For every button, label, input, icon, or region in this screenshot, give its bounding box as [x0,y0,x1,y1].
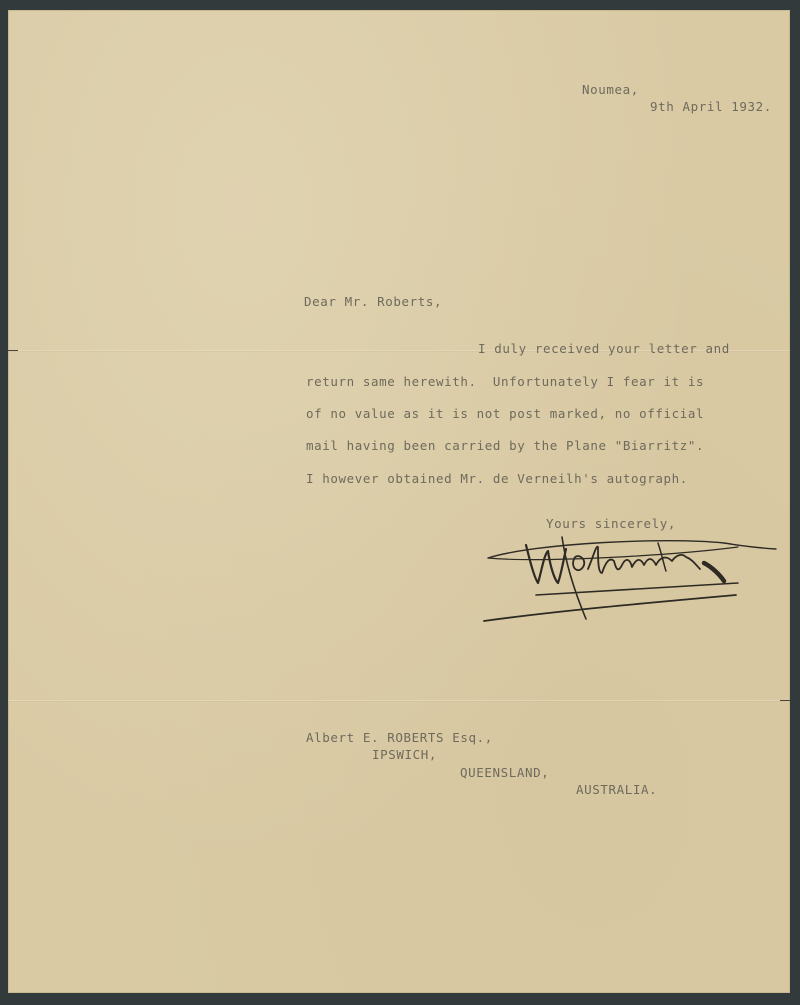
signature-icon [476,535,786,625]
letter-date: 9th April 1932. [650,101,772,114]
letter-closing: Yours sincerely, [546,518,676,531]
body-line-1: I duly received your letter and [478,343,730,356]
recipient-country: AUSTRALIA. [576,784,657,797]
body-line-3: of no value as it is not post marked, no… [306,408,704,421]
fold-line-lower [8,700,790,702]
scanned-document: Noumea, 9th April 1932. Dear Mr. Roberts… [0,0,800,1005]
recipient-name: Albert E. ROBERTS Esq., [306,732,493,745]
recipient-state: QUEENSLAND, [460,767,549,780]
body-line-4: mail having been carried by the Plane "B… [306,440,704,453]
letter-place: Noumea, [582,84,639,97]
fold-nick-right [780,700,790,701]
letter-paper: Noumea, 9th April 1932. Dear Mr. Roberts… [8,10,790,993]
fold-nick-left [8,350,18,351]
body-line-2: return same herewith. Unfortunately I fe… [306,376,704,389]
body-line-5: I however obtained Mr. de Verneilh's aut… [306,473,688,486]
recipient-city: IPSWICH, [372,749,437,762]
letter-salutation: Dear Mr. Roberts, [304,296,442,309]
